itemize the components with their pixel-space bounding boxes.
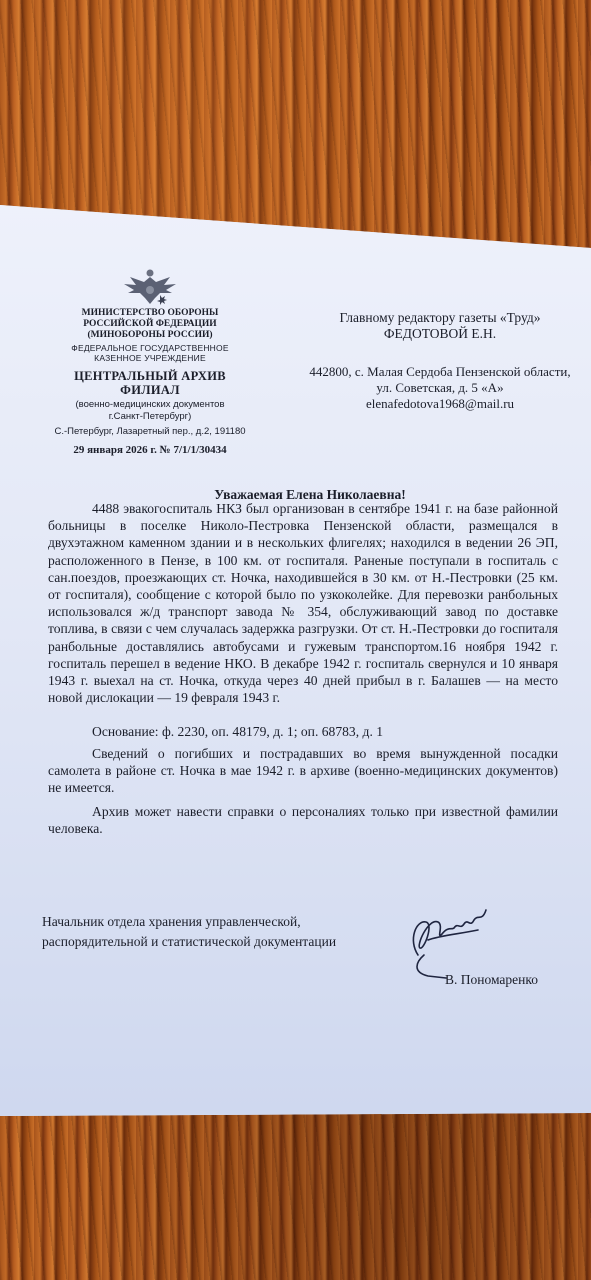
archive-line: ФИЛИАЛ <box>30 383 270 397</box>
double-headed-eagle-icon <box>120 268 180 306</box>
archive-address: С.-Петербург, Лазаретный пер., д.2, 1911… <box>30 426 270 438</box>
date-reference-number: 29 января 2026 г. № 7/1/1/30434 <box>30 444 270 457</box>
address-line: 442800, с. Малая Сердоба Пензенской обла… <box>290 364 590 380</box>
branch-line: г.Санкт-Петербург) <box>30 411 270 423</box>
signatory-title-line: распорядительной и статистической докуме… <box>42 932 402 952</box>
paragraph-no-records: Сведений о погибших и пострадавших во вр… <box>48 745 558 797</box>
institution-line: КАЗЕННОЕ УЧРЕЖДЕНИЕ <box>30 353 270 363</box>
ministry-name: МИНИСТЕРСТВО ОБОРОНЫ РОССИЙСКОЙ ФЕДЕРАЦИ… <box>30 308 270 341</box>
paragraph-inquiry-note: Архив может навести справки о персоналия… <box>48 803 558 837</box>
archive-name: ЦЕНТРАЛЬНЫЙ АРХИВ ФИЛИАЛ <box>30 369 270 397</box>
ministry-line: МИНИСТЕРСТВО ОБОРОНЫ <box>30 308 270 319</box>
institution-type: ФЕДЕРАЛЬНОЕ ГОСУДАРСТВЕННОЕ КАЗЕННОЕ УЧР… <box>30 343 270 363</box>
recipient-block: Главному редактору газеты «Труд» ФЕДОТОВ… <box>290 310 590 412</box>
recipient-name: ФЕДОТОВОЙ Е.Н. <box>290 326 590 342</box>
handwritten-signature-icon <box>398 900 498 980</box>
archive-line: ЦЕНТРАЛЬНЫЙ АРХИВ <box>30 369 270 383</box>
branch-name: (военно-медицинских документов г.Санкт-П… <box>30 399 270 423</box>
letterhead: МИНИСТЕРСТВО ОБОРОНЫ РОССИЙСКОЙ ФЕДЕРАЦИ… <box>30 268 270 457</box>
paragraph-history: 4488 эвакогоспиталь НКЗ был организован … <box>48 500 558 706</box>
ministry-line: (МИНОБОРОНЫ РОССИИ) <box>30 330 270 341</box>
signatory-title-line: Начальник отдела хранения управленческой… <box>42 912 402 932</box>
branch-line: (военно-медицинских документов <box>30 399 270 411</box>
recipient-address: 442800, с. Малая Сердоба Пензенской обла… <box>290 364 590 412</box>
recipient-email: elenafedotova1968@mail.ru <box>290 396 590 412</box>
signatory-title: Начальник отдела хранения управленческой… <box>42 912 402 952</box>
signer-name: В. Пономаренко <box>445 972 538 988</box>
address-line: ул. Советская, д. 5 «А» <box>290 380 590 396</box>
recipient-title: Главному редактору газеты «Труд» <box>290 310 590 326</box>
institution-line: ФЕДЕРАЛЬНОЕ ГОСУДАРСТВЕННОЕ <box>30 343 270 353</box>
paragraph-basis: Основание: ф. 2230, оп. 48179, д. 1; оп.… <box>48 723 558 740</box>
ministry-line: РОССИЙСКОЙ ФЕДЕРАЦИИ <box>30 319 270 330</box>
